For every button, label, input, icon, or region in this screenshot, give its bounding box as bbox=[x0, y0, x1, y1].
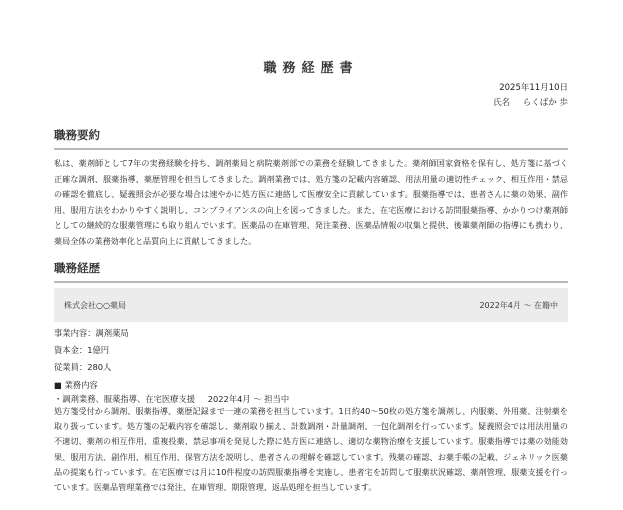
company-period: 2022年4月 〜 在籍中 bbox=[479, 300, 558, 311]
history-heading: 職務経歴 bbox=[54, 260, 568, 283]
duty-description: 処方箋受付から調剤、服薬指導、薬歴記録まで一連の業務を担当しています。1日約40… bbox=[54, 404, 568, 495]
name-label: 氏名 bbox=[493, 98, 510, 108]
company-name: 株式会社○○薬局 bbox=[64, 300, 126, 311]
company-header: 株式会社○○薬局 2022年4月 〜 在籍中 bbox=[54, 288, 568, 322]
company-capital: 資本金：1億円 bbox=[54, 344, 109, 356]
summary-heading: 職務要約 bbox=[54, 127, 568, 150]
duties-heading: ■ 業務内容 bbox=[54, 379, 98, 391]
document-date: 2025年11月10日 bbox=[499, 81, 568, 93]
company-employees: 従業員：280人 bbox=[54, 361, 111, 373]
company-business: 事業内容：調剤薬局 bbox=[54, 327, 129, 339]
duty-title: ・調剤業務、服薬指導、在宅医療支援 bbox=[54, 394, 195, 404]
applicant-name-row: 氏名 らくばか 歩 bbox=[493, 96, 568, 108]
name-value: らくばか 歩 bbox=[523, 98, 568, 108]
summary-text: 私は、薬剤師として7年の実務経験を持ち、調剤薬局と病院薬剤部での業務を経験してき… bbox=[54, 156, 568, 250]
document-title: 職務経歴書 bbox=[54, 57, 568, 76]
duty-period: 2022年4月 〜 担当中 bbox=[208, 394, 289, 404]
